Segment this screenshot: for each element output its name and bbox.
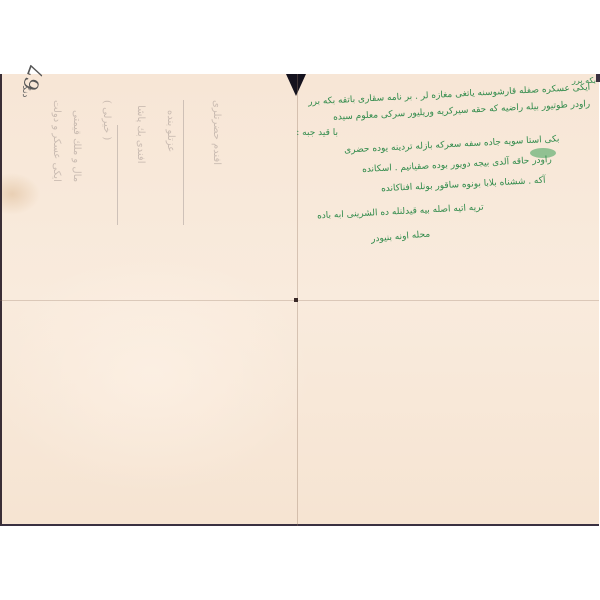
pencil-rule: [183, 100, 184, 225]
pencil-note-line: ﺍﻓﻨﺪﻡ ﺣﻀﺮﺗﻠﺮﻯ: [211, 100, 222, 165]
pencil-rule: [117, 125, 118, 225]
pencil-note-line: ﻣﺎﻝ ﻭ ﻣﻠﻚ ﻗﻴﻤﺘﻰ: [71, 110, 82, 182]
pencil-note-line: ﻋﺰﺗﻠﻮ ﺑﻨﺪﻩ: [165, 110, 176, 152]
pencil-note-line: ﺍﻓﻨﺪﻯ ﺑﻚ ﭘﺎﺷﺎ: [135, 105, 146, 163]
horizontal-fold-line: [0, 300, 599, 301]
torn-corner: [286, 74, 306, 96]
pencil-note-line: ﺍﻳﻜﻰ ﻋﺴﻜﺮ ﻭ ﺩﻭﻟﺖ: [51, 100, 62, 182]
pencil-annotation: ﺩﻧﮕ: [20, 86, 30, 97]
pencil-note-line: ( ﺧﻴﺮﻟﻰ ): [101, 100, 112, 140]
fold-pinhole: [294, 298, 298, 302]
letter-line-3: ﺑﺎ ﻗﻴﺪ ﺟﺒﻪ :: [296, 128, 338, 138]
page-edge-shadow: [596, 74, 600, 82]
